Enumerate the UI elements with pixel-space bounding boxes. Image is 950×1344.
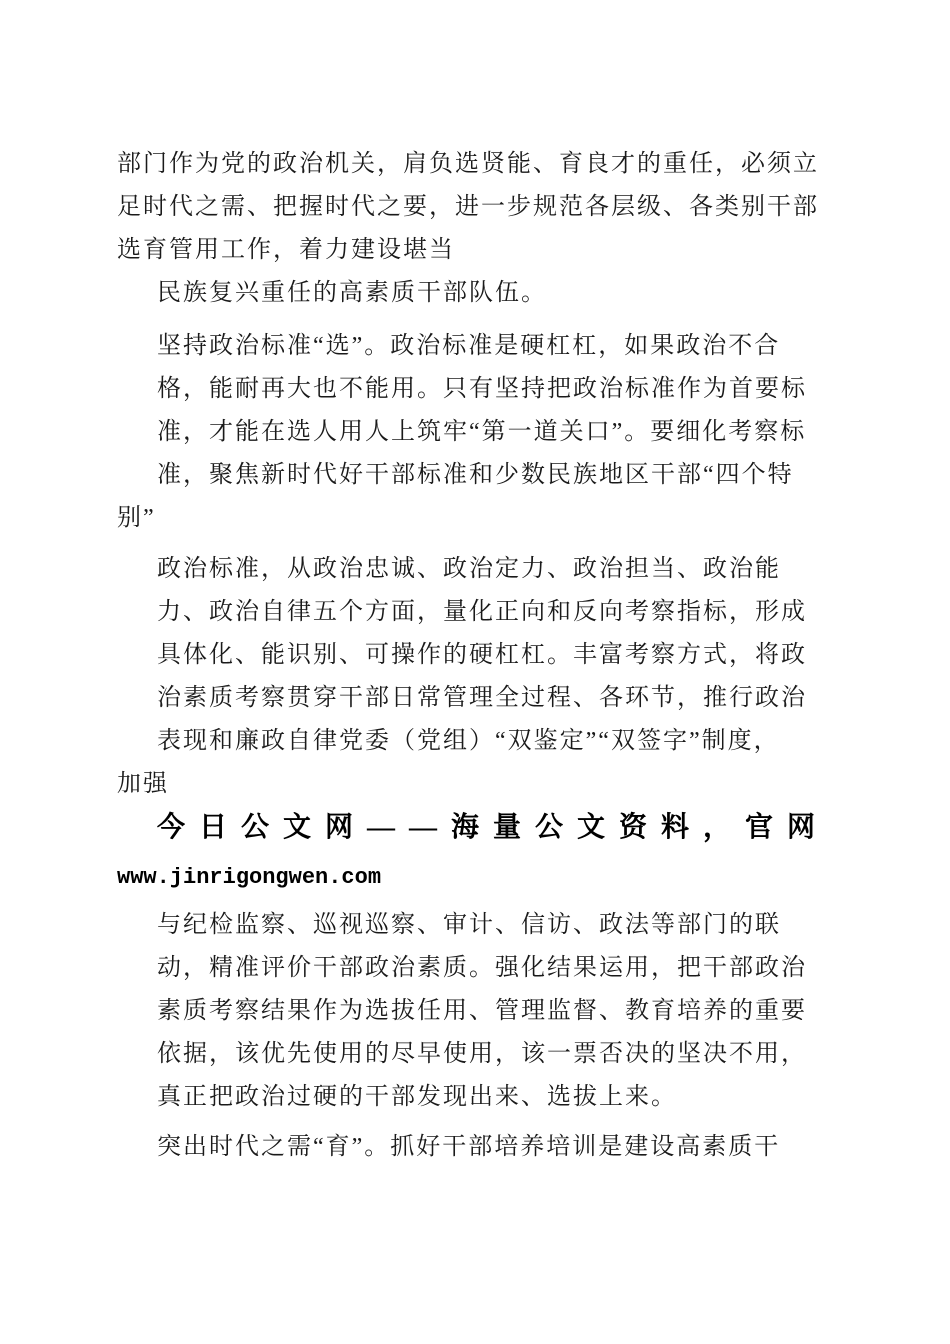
text-line: 格，能耐再大也不能用。只有坚持把政治标准作为首要标 (0, 368, 950, 411)
text-line: 准，聚焦新时代好干部标准和少数民族地区干部“四个特 (0, 454, 950, 497)
text-line: 真正把政治过硬的干部发现出来、选拔上来。 (0, 1076, 950, 1119)
paragraph: 部门作为党的政治机关，肩负选贤能、育良才的重任，必须立 足时代之需、把握时代之要… (0, 143, 950, 315)
text-line: 民族复兴重任的高素质干部队伍。 (0, 272, 950, 315)
text-line: 与纪检监察、巡视巡察、审计、信访、政法等部门的联 (0, 904, 950, 947)
text-line: 别” (0, 497, 950, 540)
text-line: 加强 (0, 763, 950, 806)
text-line: 素质考察结果作为选拔任用、管理监督、教育培养的重要 (0, 990, 950, 1033)
paragraph: 突出时代之需“育”。抓好干部培养培训是建设高素质干 (0, 1126, 950, 1169)
text-line: 力、政治自律五个方面，量化正向和反向考察指标，形成 (0, 591, 950, 634)
text-line: 坚持政治标准“选”。政治标准是硬杠杠，如果政治不合 (0, 325, 950, 368)
text-line: 选育管用工作，着力建设堪当 (0, 229, 950, 272)
text-line: 准，才能在选人用人上筑牢“第一道关口”。要细化考察标 (0, 411, 950, 454)
text-line: 表现和廉政自律党委（党组）“双鉴定”“双签字”制度， (0, 720, 950, 763)
text-line: 动，精准评价干部政治素质。强化结果运用，把干部政治 (0, 947, 950, 990)
paragraph: 与纪检监察、巡视巡察、审计、信访、政法等部门的联 动，精准评价干部政治素质。强化… (0, 904, 950, 1119)
text-line: 突出时代之需“育”。抓好干部培养培训是建设高素质干 (0, 1126, 950, 1169)
paragraph: 坚持政治标准“选”。政治标准是硬杠杠，如果政治不合 格，能耐再大也不能用。只有坚… (0, 325, 950, 540)
promo-block: 今日公文网——海量公文资料，官网 (0, 806, 950, 849)
text-line: 具体化、能识别、可操作的硬杠杠。丰富考察方式，将政 (0, 634, 950, 677)
paragraph: 政治标准，从政治忠诚、政治定力、政治担当、政治能 力、政治自律五个方面，量化正向… (0, 548, 950, 806)
promo-url: www.jinrigongwen.com (0, 856, 950, 899)
text-line: 依据，该优先使用的尽早使用，该一票否决的坚决不用， (0, 1033, 950, 1076)
promo-url-block: www.jinrigongwen.com (0, 856, 950, 899)
text-line: 治素质考察贯穿干部日常管理全过程、各环节，推行政治 (0, 677, 950, 720)
document-page: 部门作为党的政治机关，肩负选贤能、育良才的重任，必须立 足时代之需、把握时代之要… (0, 0, 950, 1344)
text-line: 足时代之需、把握时代之要，进一步规范各层级、各类别干部 (0, 186, 950, 229)
promo-headline: 今日公文网——海量公文资料，官网 (0, 806, 950, 849)
text-line: 政治标准，从政治忠诚、政治定力、政治担当、政治能 (0, 548, 950, 591)
text-line: 部门作为党的政治机关，肩负选贤能、育良才的重任，必须立 (0, 143, 950, 186)
